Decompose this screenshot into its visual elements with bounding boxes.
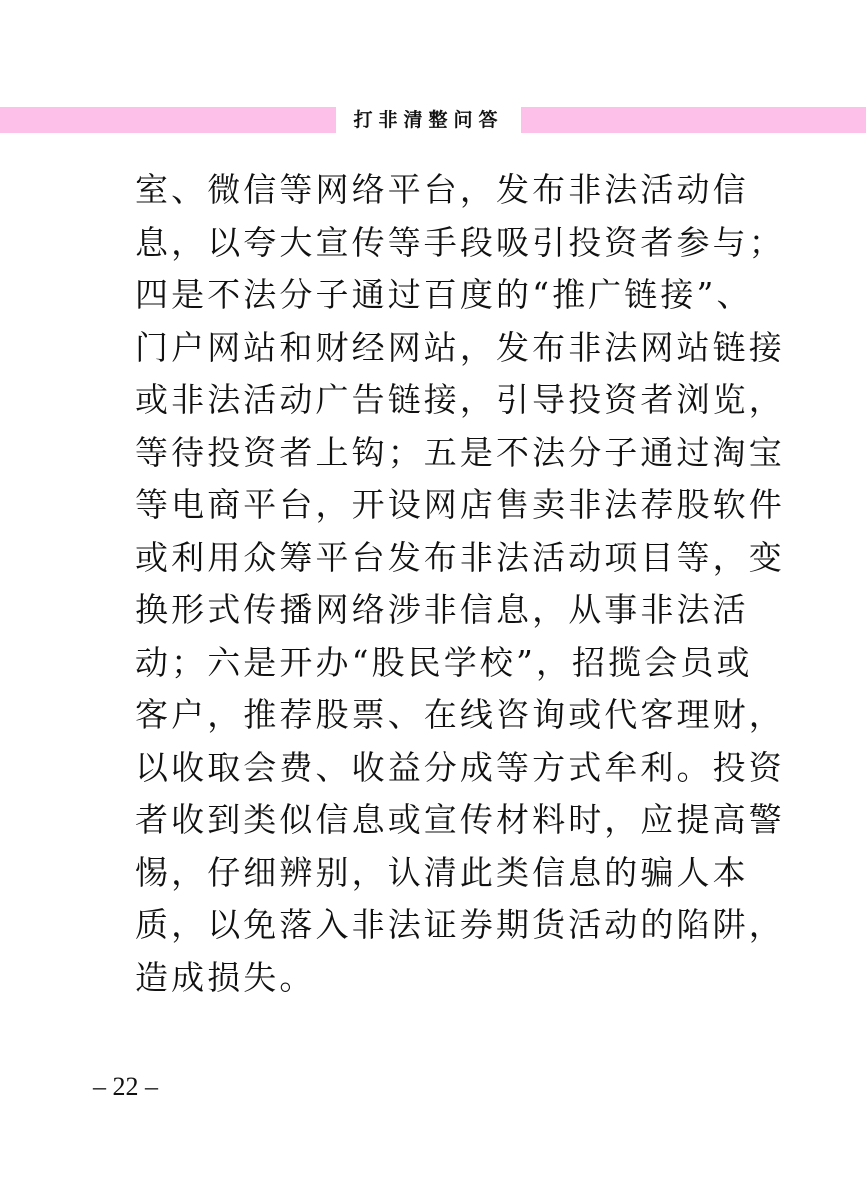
text-line: 四是不法分子通过百度的“推广链接”、: [135, 269, 735, 322]
page-number: – 22 –: [93, 1072, 158, 1102]
text-line: 门户网站和财经网站，发布非法网站链接: [135, 322, 735, 375]
text-line: 息，以夸大宣传等手段吸引投资者参与；: [135, 217, 735, 270]
text-line: 换形式传播网络涉非信息，从事非法活: [135, 584, 735, 637]
text-line: 客户，推荐股票、在线咨询或代客理财，: [135, 689, 735, 742]
text-line: 质，以免落入非法证券期货活动的陷阱，: [135, 899, 735, 952]
text-line: 以收取会费、收益分成等方式牟利。投资: [135, 742, 735, 795]
text-line: 室、微信等网络平台，发布非法活动信: [135, 164, 735, 217]
text-line: 或利用众筹平台发布非法活动项目等，变: [135, 532, 735, 585]
text-line: 者收到类似信息或宣传材料时，应提高警: [135, 794, 735, 847]
text-line: 动；六是开办“股民学校”，招揽会员或: [135, 637, 735, 690]
text-line: 等电商平台，开设网店售卖非法荐股软件: [135, 479, 735, 532]
text-line: 惕，仔细辨别，认清此类信息的骗人本: [135, 847, 735, 900]
text-line: 造成损失。: [135, 952, 735, 1005]
text-line: 或非法活动广告链接，引导投资者浏览，: [135, 374, 735, 427]
body-text: 室、微信等网络平台，发布非法活动信 息，以夸大宣传等手段吸引投资者参与； 四是不…: [135, 164, 735, 1004]
header-bar-right: [521, 107, 866, 133]
running-header-title: 打非清整问答: [336, 106, 521, 134]
text-line: 等待投资者上钩；五是不法分子通过淘宝: [135, 427, 735, 480]
header-bar-left: [0, 107, 336, 133]
